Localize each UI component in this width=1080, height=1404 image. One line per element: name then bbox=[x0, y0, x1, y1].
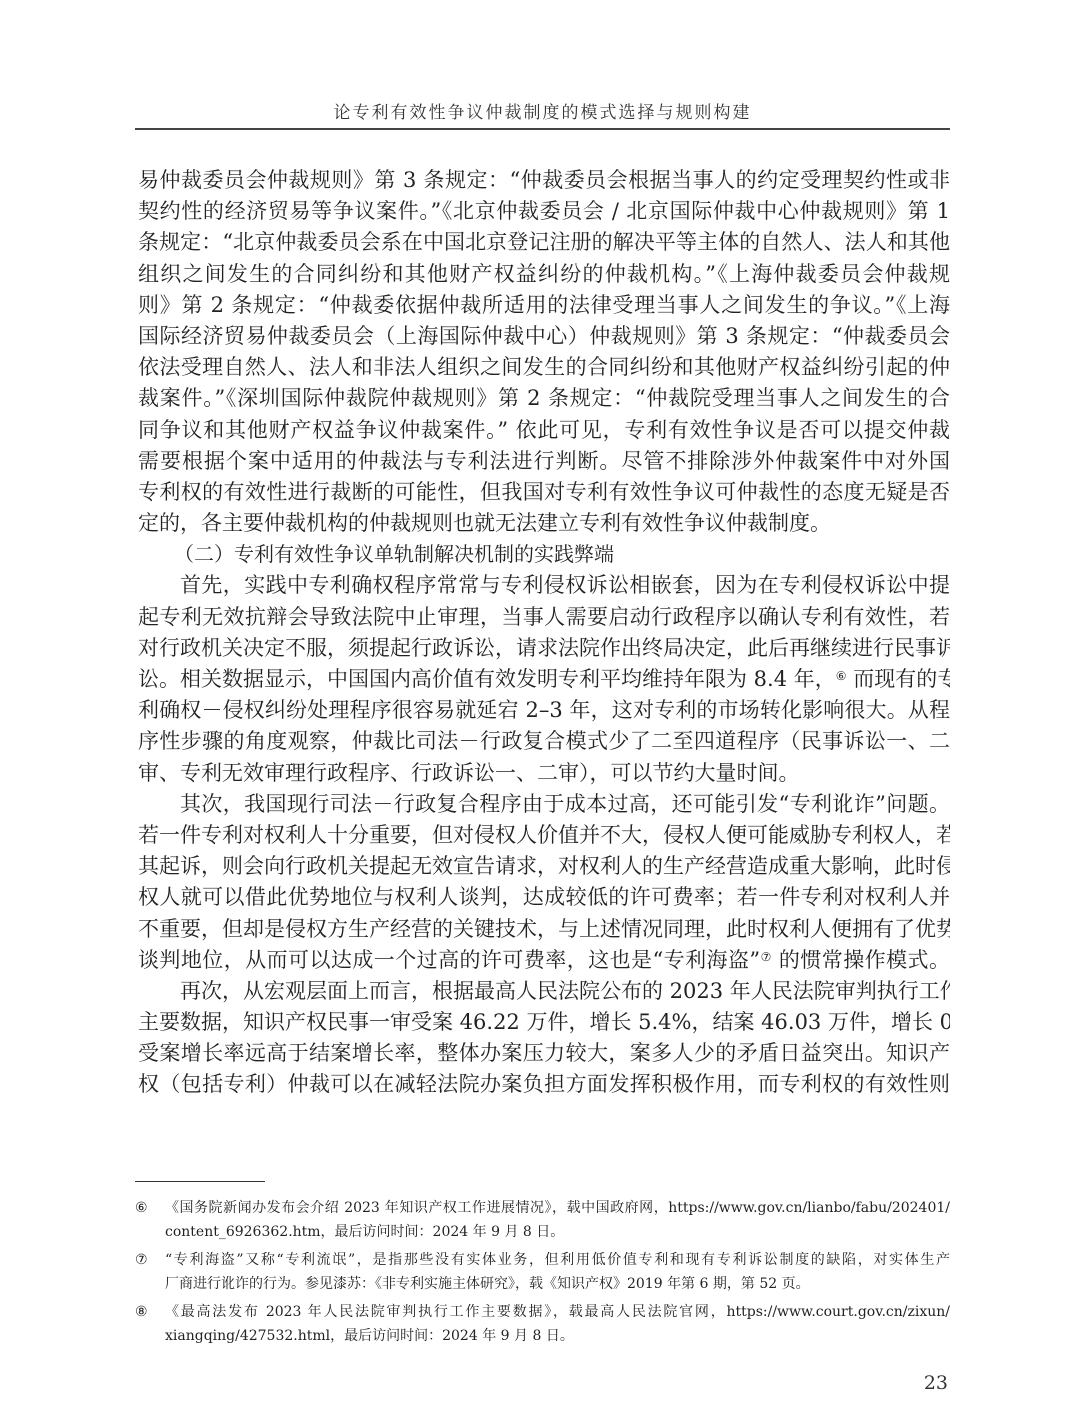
body-line: 权（包括专利）仲裁可以在减轻法院办案负担方面发挥积极作用，而专利权的有效性则 bbox=[138, 1069, 950, 1100]
footnote-item: ⑥《国务院新闻办发布会介绍 2023 年知识产权工作进展情况》，载中国政府网，h… bbox=[135, 1196, 950, 1244]
body-line: 契约性的经济贸易等争议案件。”《北京仲裁委员会 / 北京国际仲裁中心仲裁规则》第… bbox=[138, 196, 950, 227]
line-text: 若一件专利对权利人十分重要，但对侵权人价值并不大，侵权人便可能威胁专利权人，若 bbox=[138, 823, 950, 847]
body-line: 若一件专利对权利人十分重要，但对侵权人价值并不大，侵权人便可能威胁专利权人，若 bbox=[138, 820, 950, 851]
footnote-line: content_6926362.htm，最后访问时间：2024 年 9 月 8 … bbox=[165, 1220, 950, 1244]
line-text: 主要数据，知识产权民事一审受案 46.22 万件，增长 5.4%，结案 46.0… bbox=[138, 1010, 950, 1034]
body-line: 同争议和其他财产权益争议仲裁案件。” 依此可见，专利有效性争议是否可以提交仲裁 bbox=[138, 415, 950, 446]
footnote-line: “专利海盗”又称“专利流氓”，是指那些没有实体业务，但利用低价值专利和现有专利诉… bbox=[165, 1248, 950, 1272]
body-line: 国际经济贸易仲裁委员会（上海国际仲裁中心）仲裁规则》第 3 条规定：“仲裁委员会 bbox=[138, 321, 950, 352]
line-text: 权（包括专利）仲裁可以在减轻法院办案负担方面发挥积极作用，而专利权的有效性则 bbox=[138, 1072, 950, 1096]
line-text: 谈判地位，从而可以达成一个过高的许可费率，这也是“专利海盗” bbox=[138, 948, 760, 972]
line-text: 受案增长率远高于结案增长率，整体办案压力较大，案多人少的矛盾日益突出。知识产 bbox=[138, 1041, 950, 1065]
body-line: 不重要，但却是侵权方生产经营的关键技术，与上述情况同理，此时权利人便拥有了优势 bbox=[138, 914, 950, 945]
footnote-reference[interactable]: ⑥ bbox=[836, 669, 847, 683]
page-number: 23 bbox=[924, 1372, 948, 1394]
line-text: 序性步骤的角度观察，仲裁比司法－行政复合模式少了二至四道程序（民事诉讼一、二 bbox=[138, 729, 950, 753]
footnote-separator bbox=[135, 1181, 265, 1182]
body-line: 依法受理自然人、法人和非法人组织之间发生的合同纠纷和其他财产权益纠纷引起的仲 bbox=[138, 352, 950, 383]
line-text: 利确权－侵权纠纷处理程序很容易就延宕 2–3 年，这对专利的市场转化影响很大。从… bbox=[138, 698, 950, 722]
line-text: 首先，实践中专利确权程序常常与专利侵权诉讼相嵌套，因为在专利侵权诉讼中提 bbox=[180, 573, 950, 597]
footnote-reference[interactable]: ⑦ bbox=[760, 950, 772, 964]
line-text: 权人就可以借此优势地位与权利人谈判，达成较低的许可费率；若一件专利对权利人并 bbox=[138, 885, 950, 909]
body-line: 审、专利无效审理行政程序、行政诉讼一、二审），可以节约大量时间。 bbox=[138, 758, 950, 789]
body-line: 易仲裁委员会仲裁规则》第 3 条规定：“仲裁委员会根据当事人的约定受理契约性或非 bbox=[138, 165, 950, 196]
body-line: 其次，我国现行司法－行政复合程序由于成本过高，还可能引发“专利讹诈”问题。 bbox=[138, 789, 950, 820]
line-text: 同争议和其他财产权益争议仲裁案件。” 依此可见，专利有效性争议是否可以提交仲裁 bbox=[138, 418, 950, 442]
body-line: 再次，从宏观层面上而言，根据最高人民法院公布的 2023 年人民法院审判执行工作 bbox=[138, 976, 950, 1007]
line-text: 对行政机关决定不服，须提起行政诉讼，请求法院作出终局决定，此后再继续进行民事诉 bbox=[138, 636, 950, 660]
body-line: 则》第 2 条规定：“仲裁委依据仲裁所适用的法律受理当事人之间发生的争议。”《上… bbox=[138, 290, 950, 321]
footnote-mark: ⑦ bbox=[135, 1248, 165, 1296]
line-text: 其起诉，则会向行政机关提起无效宣告请求，对权利人的生产经营造成重大影响，此时侵 bbox=[138, 854, 950, 878]
line-text-after: 的惯常操作模式。 bbox=[772, 948, 950, 972]
line-text: 则》第 2 条规定：“仲裁委依据仲裁所适用的法律受理当事人之间发生的争议。”《上… bbox=[138, 293, 950, 317]
footnote-line: 《国务院新闻办发布会介绍 2023 年知识产权工作进展情况》，载中国政府网，ht… bbox=[165, 1196, 950, 1220]
body-line: 对行政机关决定不服，须提起行政诉讼，请求法院作出终局决定，此后再继续进行民事诉 bbox=[138, 633, 950, 664]
footnote-body: “专利海盗”又称“专利流氓”，是指那些没有实体业务，但利用低价值专利和现有专利诉… bbox=[165, 1248, 950, 1296]
footnote-item: ⑧《最高法发布 2023 年人民法院审判执行工作主要数据》，载最高人民法院官网，… bbox=[135, 1300, 950, 1348]
body-line: 谈判地位，从而可以达成一个过高的许可费率，这也是“专利海盗”⑦ 的惯常操作模式。 bbox=[138, 945, 950, 976]
line-text: 讼。相关数据显示，中国国内高价值有效发明专利平均维持年限为 8.4 年， bbox=[138, 667, 836, 691]
line-text: 需要根据个案中适用的仲裁法与专利法进行判断。尽管不排除涉外仲裁案件中对外国 bbox=[138, 449, 950, 473]
body-line: 讼。相关数据显示，中国国内高价值有效发明专利平均维持年限为 8.4 年，⑥ 而现… bbox=[138, 664, 950, 695]
body-text: 易仲裁委员会仲裁规则》第 3 条规定：“仲裁委员会根据当事人的约定受理契约性或非… bbox=[138, 165, 950, 1101]
line-text: 依法受理自然人、法人和非法人组织之间发生的合同纠纷和其他财产权益纠纷引起的仲 bbox=[138, 355, 950, 379]
body-line: 主要数据，知识产权民事一审受案 46.22 万件，增长 5.4%，结案 46.0… bbox=[138, 1007, 950, 1038]
body-line: 其起诉，则会向行政机关提起无效宣告请求，对权利人的生产经营造成重大影响，此时侵 bbox=[138, 851, 950, 882]
body-line: 专利权的有效性进行裁断的可能性，但我国对专利有效性争议可仲裁性的态度无疑是否 bbox=[138, 477, 950, 508]
line-text: 定的，各主要仲裁机构的仲裁规则也就无法建立专利有效性争议仲裁制度。 bbox=[138, 511, 831, 535]
footnote-body: 《最高法发布 2023 年人民法院审判执行工作主要数据》，载最高人民法院官网，h… bbox=[165, 1300, 950, 1348]
section-heading: （二）专利有效性争议单轨制解决机制的实践弊端 bbox=[138, 539, 950, 570]
footnotes: ⑥《国务院新闻办发布会介绍 2023 年知识产权工作进展情况》，载中国政府网，h… bbox=[135, 1196, 950, 1352]
line-text: 易仲裁委员会仲裁规则》第 3 条规定：“仲裁委员会根据当事人的约定受理契约性或非 bbox=[138, 168, 950, 192]
body-line: 组织之间发生的合同纠纷和其他财产权益纠纷的仲裁机构。”《上海仲裁委员会仲裁规 bbox=[138, 259, 950, 290]
line-text: 起专利无效抗辩会导致法院中止审理，当事人需要启动行政程序以确认专利有效性，若 bbox=[138, 605, 950, 629]
footnote-line: 厂商进行讹诈的行为。参见漆苏：《非专利实施主体研究》，载《知识产权》2019 年… bbox=[165, 1272, 950, 1296]
footnote-item: ⑦“专利海盗”又称“专利流氓”，是指那些没有实体业务，但利用低价值专利和现有专利… bbox=[135, 1248, 950, 1296]
body-line: 受案增长率远高于结案增长率，整体办案压力较大，案多人少的矛盾日益突出。知识产 bbox=[138, 1038, 950, 1069]
line-text: （二）专利有效性争议单轨制解决机制的实践弊端 bbox=[174, 542, 614, 566]
footnote-line: 《最高法发布 2023 年人民法院审判执行工作主要数据》，载最高人民法院官网，h… bbox=[165, 1300, 950, 1324]
header-rule bbox=[135, 128, 950, 130]
body-line: 起专利无效抗辩会导致法院中止审理，当事人需要启动行政程序以确认专利有效性，若 bbox=[138, 602, 950, 633]
line-text: 不重要，但却是侵权方生产经营的关键技术，与上述情况同理，此时权利人便拥有了优势 bbox=[138, 917, 950, 941]
line-text: 审、专利无效审理行政程序、行政诉讼一、二审），可以节约大量时间。 bbox=[138, 761, 800, 785]
footnote-body: 《国务院新闻办发布会介绍 2023 年知识产权工作进展情况》，载中国政府网，ht… bbox=[165, 1196, 950, 1244]
footnote-mark: ⑧ bbox=[135, 1300, 165, 1348]
body-line: 定的，各主要仲裁机构的仲裁规则也就无法建立专利有效性争议仲裁制度。 bbox=[138, 508, 950, 539]
line-text: 其次，我国现行司法－行政复合程序由于成本过高，还可能引发“专利讹诈”问题。 bbox=[180, 792, 950, 816]
line-text: 再次，从宏观层面上而言，根据最高人民法院公布的 2023 年人民法院审判执行工作 bbox=[180, 979, 950, 1003]
body-line: 权人就可以借此优势地位与权利人谈判，达成较低的许可费率；若一件专利对权利人并 bbox=[138, 882, 950, 913]
body-line: 利确权－侵权纠纷处理程序很容易就延宕 2–3 年，这对专利的市场转化影响很大。从… bbox=[138, 695, 950, 726]
footnote-line: xiangqing/427532.html，最后访问时间：2024 年 9 月 … bbox=[165, 1324, 950, 1348]
body-line: 需要根据个案中适用的仲裁法与专利法进行判断。尽管不排除涉外仲裁案件中对外国 bbox=[138, 446, 950, 477]
line-text: 条规定：“北京仲裁委员会系在中国北京登记注册的解决平等主体的自然人、法人和其他 bbox=[138, 230, 950, 254]
line-text: 契约性的经济贸易等争议案件。”《北京仲裁委员会 / 北京国际仲裁中心仲裁规则》第… bbox=[138, 199, 950, 223]
running-head-title: 论专利有效性争议仲裁制度的模式选择与规则构建 bbox=[135, 98, 950, 123]
body-line: 首先，实践中专利确权程序常常与专利侵权诉讼相嵌套，因为在专利侵权诉讼中提 bbox=[138, 570, 950, 601]
line-text-after: 而现有的专 bbox=[847, 667, 950, 691]
body-line: 序性步骤的角度观察，仲裁比司法－行政复合模式少了二至四道程序（民事诉讼一、二 bbox=[138, 726, 950, 757]
line-text: 裁案件。”《深圳国际仲裁院仲裁规则》第 2 条规定：“仲裁院受理当事人之间发生的… bbox=[138, 386, 950, 410]
line-text: 组织之间发生的合同纠纷和其他财产权益纠纷的仲裁机构。”《上海仲裁委员会仲裁规 bbox=[138, 262, 950, 286]
line-text: 专利权的有效性进行裁断的可能性，但我国对专利有效性争议可仲裁性的态度无疑是否 bbox=[138, 480, 950, 504]
body-line: 条规定：“北京仲裁委员会系在中国北京登记注册的解决平等主体的自然人、法人和其他 bbox=[138, 227, 950, 258]
body-line: 裁案件。”《深圳国际仲裁院仲裁规则》第 2 条规定：“仲裁院受理当事人之间发生的… bbox=[138, 383, 950, 414]
line-text: 国际经济贸易仲裁委员会（上海国际仲裁中心）仲裁规则》第 3 条规定：“仲裁委员会 bbox=[138, 324, 950, 348]
footnote-mark: ⑥ bbox=[135, 1196, 165, 1244]
